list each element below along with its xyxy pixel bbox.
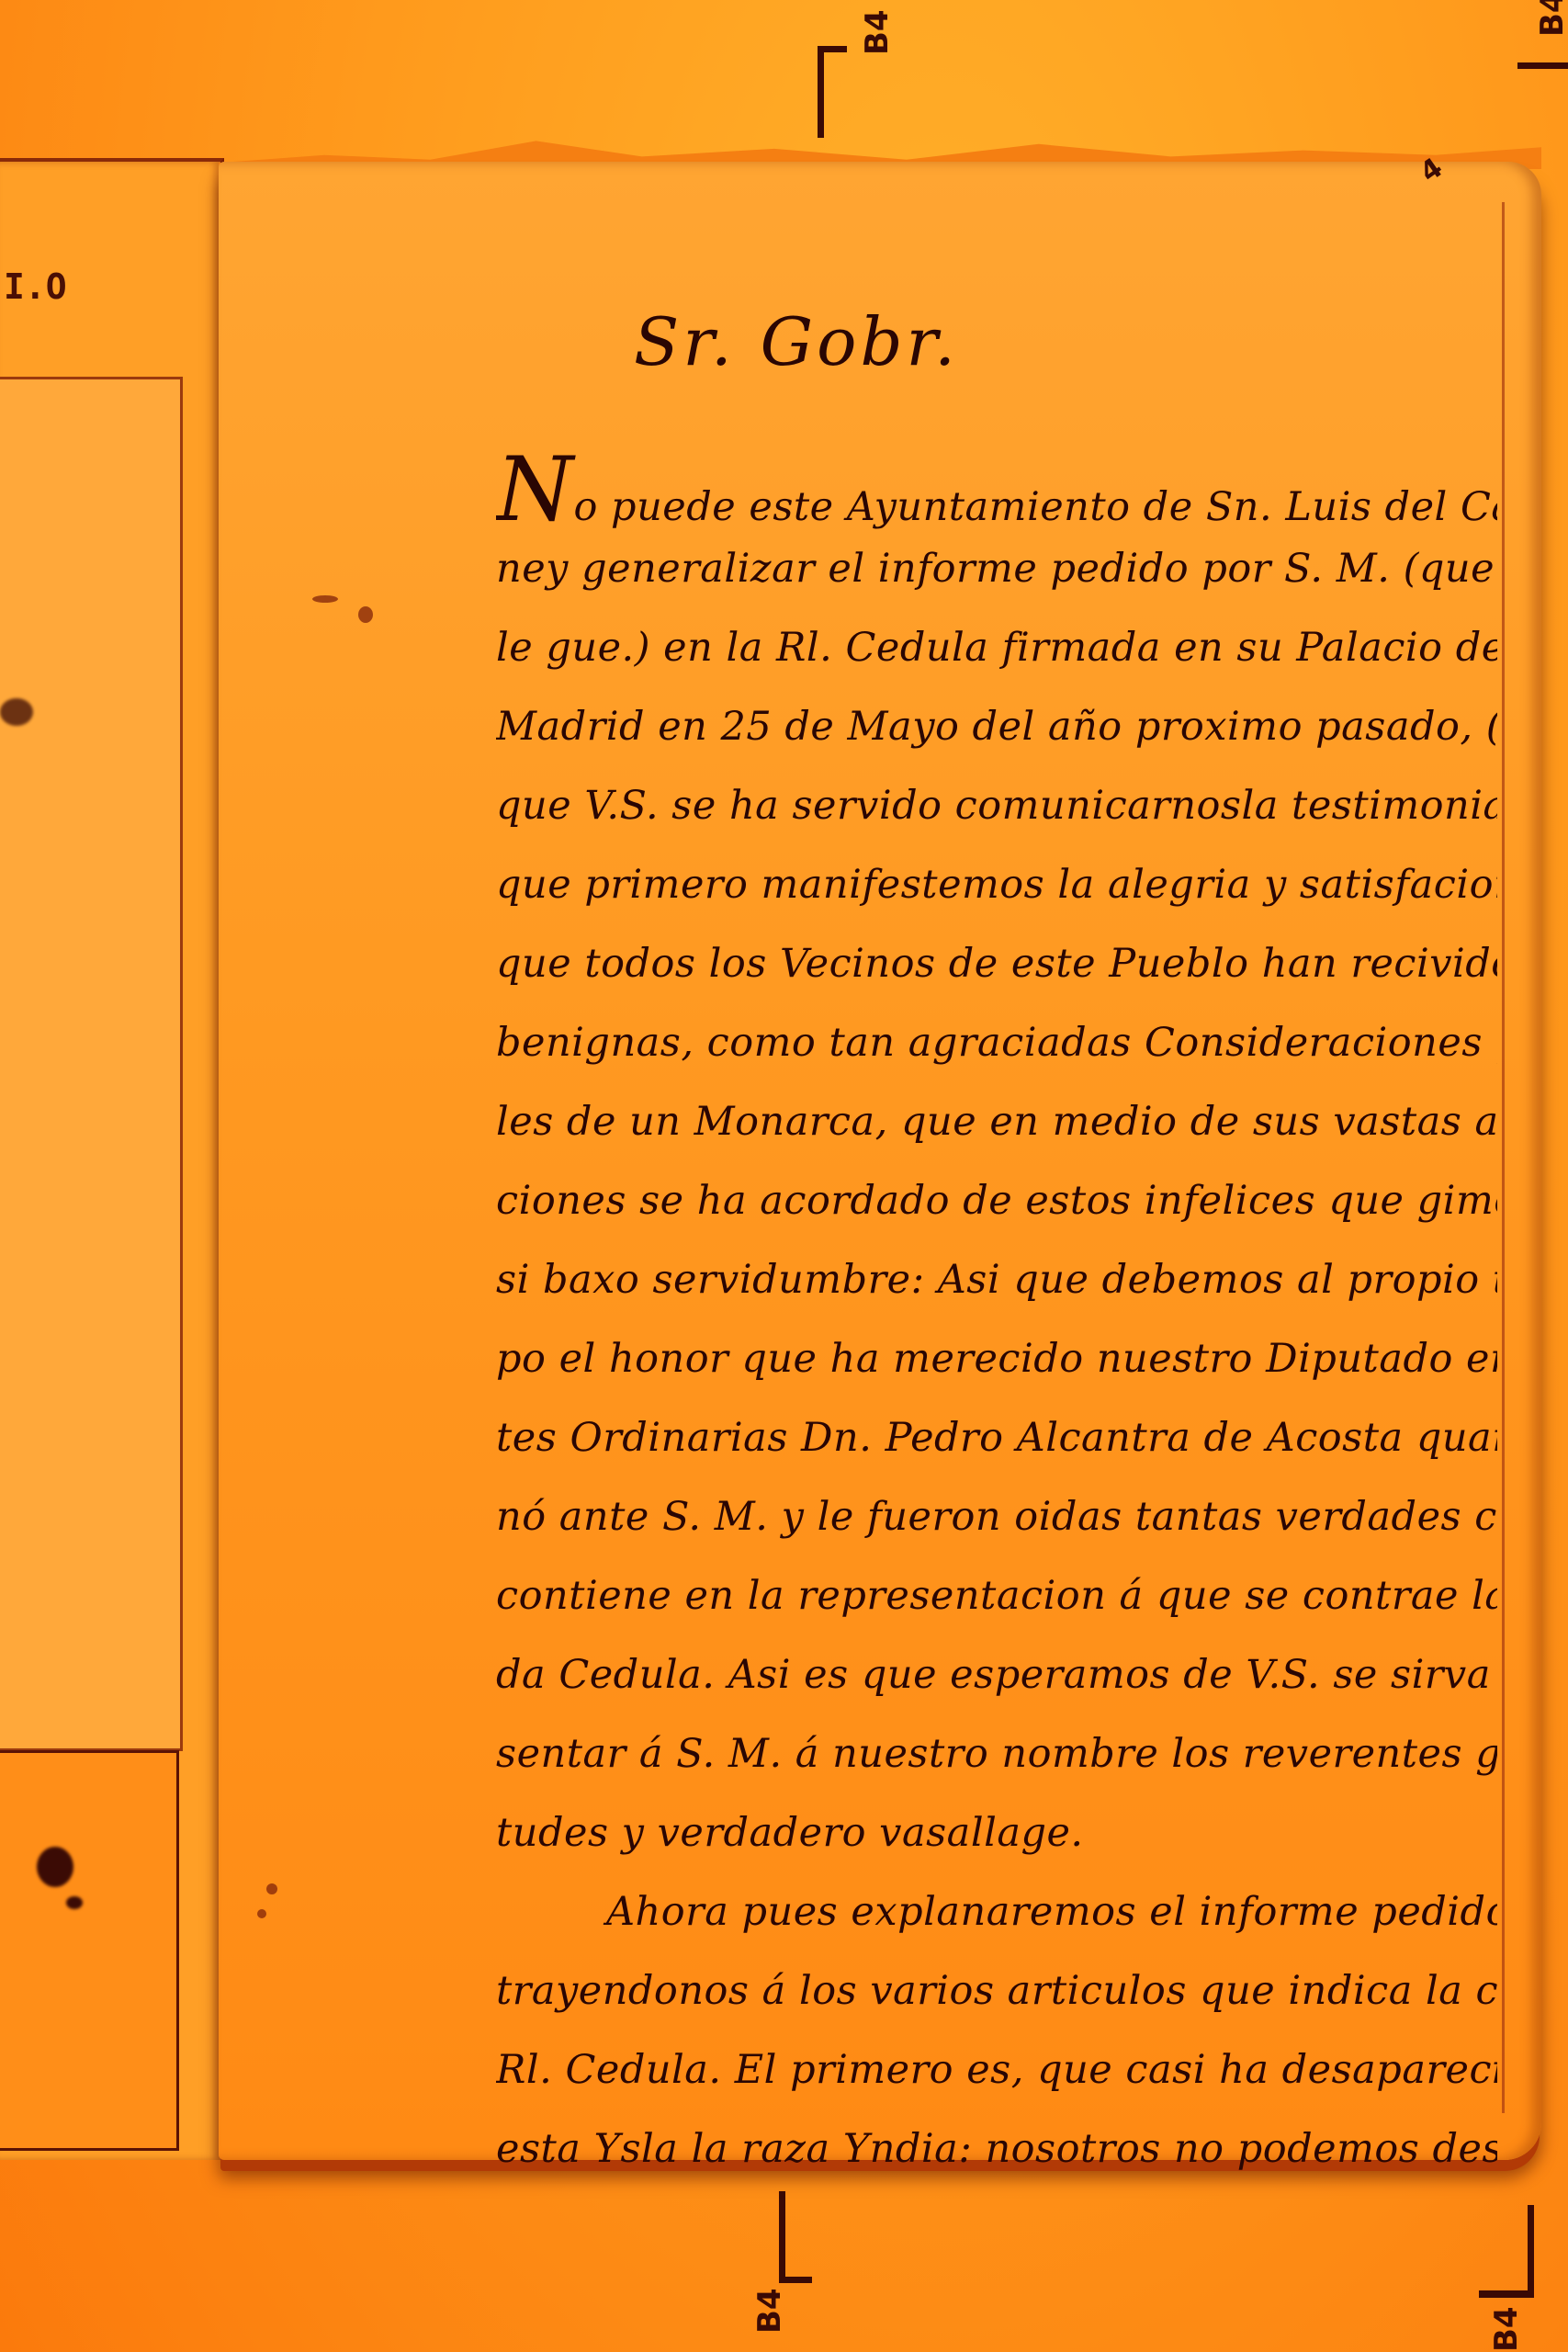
manuscript-line: No puede este Ayuntamiento de Sn. Luis d… bbox=[496, 450, 1497, 529]
crop-label-top: B4 bbox=[859, 9, 896, 55]
manuscript-line: si baxo servidumbre: Asi que debemos al … bbox=[496, 1240, 1497, 1319]
crop-mark-bottom-right-horizontal bbox=[1479, 2290, 1534, 2298]
manuscript-line: Rl. Cedula. El primero es, que casi ha d… bbox=[496, 2030, 1497, 2109]
crop-mark-bottom-horizontal bbox=[779, 2277, 812, 2283]
page-right-margin-fold bbox=[1502, 202, 1505, 2113]
manuscript-body: No puede este Ayuntamiento de Sn. Luis d… bbox=[496, 450, 1497, 2188]
left-inner-card-lower bbox=[0, 1750, 179, 2151]
manuscript-line: esta Ysla la raza Yndia: nosotros no pod… bbox=[496, 2109, 1497, 2188]
margin-ink-mark bbox=[312, 595, 338, 603]
crop-mark-top-right bbox=[1517, 62, 1568, 69]
margin-ink-mark bbox=[257, 1909, 266, 1918]
crop-label-bottom-right: B4 bbox=[1488, 2306, 1525, 2352]
manuscript-line: trayendonos á los varios articulos que i… bbox=[496, 1951, 1497, 2030]
crop-mark-top-vertical bbox=[818, 46, 824, 138]
manuscript-line: benignas, como tan agraciadas Considerac… bbox=[496, 1003, 1497, 1082]
manuscript-line: da Cedula. Asi es que esperamos de V.S. … bbox=[496, 1635, 1497, 1714]
left-sheet-label: I.O bbox=[4, 266, 67, 307]
manuscript-line: ney generalizar el informe pedido por S.… bbox=[496, 529, 1497, 608]
crop-mark-bottom-right-vertical bbox=[1528, 2205, 1534, 2297]
manuscript-line: po el honor que ha merecido nuestro Dipu… bbox=[496, 1319, 1497, 1398]
ink-stain-left-lower bbox=[37, 1847, 73, 1887]
manuscript-line: que todos los Vecinos de este Pueblo han… bbox=[496, 924, 1497, 1003]
crop-mark-bottom-vertical bbox=[779, 2191, 785, 2283]
manuscript-line: tudes y verdadero vasallage. bbox=[496, 1793, 1497, 1872]
margin-ink-mark bbox=[266, 1883, 277, 1894]
manuscript-paragraph-start: Ahora pues explanaremos el informe pedid… bbox=[496, 1872, 1497, 1951]
manuscript-line: le gue.) en la Rl. Cedula firmada en su … bbox=[496, 608, 1497, 687]
crop-label-top-right: B4 bbox=[1534, 0, 1568, 37]
manuscript-line: Madrid en 25 de Mayo del año proximo pas… bbox=[496, 687, 1497, 766]
manuscript-line: tes Ordinarias Dn. Pedro Alcantra de Aco… bbox=[496, 1398, 1497, 1477]
salutation-heading: Sr. Gobr. bbox=[634, 303, 959, 380]
crop-label-bottom: B4 bbox=[751, 2288, 788, 2334]
left-inner-card-upper bbox=[0, 377, 183, 1751]
manuscript-line: nó ante S. M. y le fueron oidas tantas v… bbox=[496, 1477, 1497, 1556]
manuscript-line: que V.S. se ha servido comunicarnosla te… bbox=[496, 766, 1497, 845]
manuscript-line: que primero manifestemos la alegria y sa… bbox=[496, 845, 1497, 924]
manuscript-line: ciones se ha acordado de estos infelices… bbox=[496, 1161, 1497, 1240]
ink-stain-left-upper bbox=[0, 698, 33, 726]
manuscript-line: contiene en la representacion á que se c… bbox=[496, 1556, 1497, 1635]
margin-ink-mark bbox=[358, 606, 373, 623]
ink-stain-left-lower-small bbox=[66, 1896, 83, 1909]
crop-mark-top-horizontal bbox=[818, 46, 847, 52]
manuscript-line: les de un Monarca, que en medio de sus v… bbox=[496, 1082, 1497, 1161]
manuscript-line: sentar á S. M. á nuestro nombre los reve… bbox=[496, 1714, 1497, 1793]
